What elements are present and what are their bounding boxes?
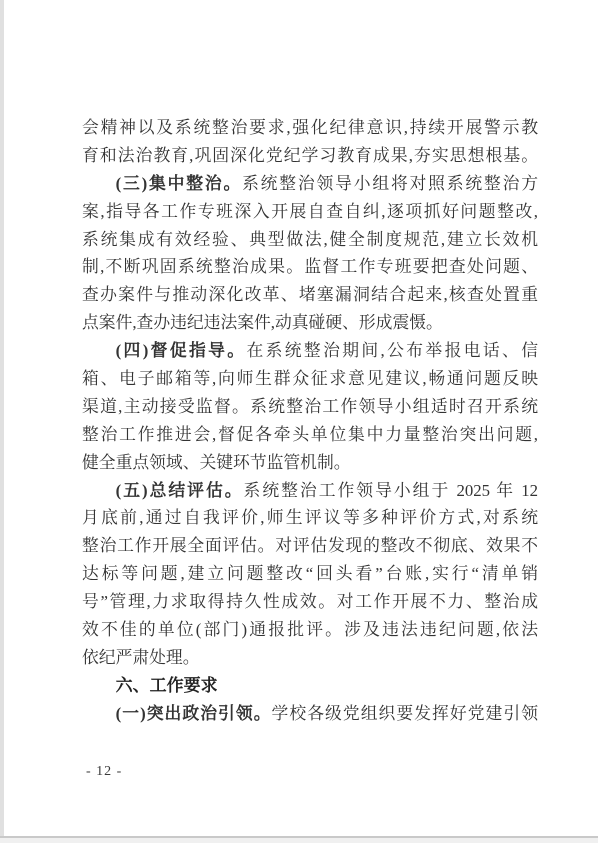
paragraph-text: 育和法治教育,巩固深化党纪学习教育成果,夯实思想根基。 <box>82 146 538 165</box>
text-line: 系统集成有效经验、典型做法,健全制度规范,建立长效机 <box>82 226 538 254</box>
paragraph-text: 整治工作开展全面评估。对评估发现的整改不彻底、效果不 <box>82 536 538 555</box>
text-line: 号”管理,力求取得持久性成效。对工作开展不力、整治成 <box>82 588 538 616</box>
paragraph-text: 在系统整治期间,公布举报电话、信 <box>246 341 538 360</box>
text-line: 健全重点领域、关键环节监管机制。 <box>82 449 538 477</box>
paragraph-lead: (一)突出政治引领。 <box>116 704 272 723</box>
text-line: (一)突出政治引领。学校各级党组织要发挥好党建引领 <box>82 700 538 728</box>
paragraph-text: 系统整治工作领导小组于 2025 年 12 <box>244 481 538 500</box>
text-line: 案,指导各工作专班深入开展自查自纠,逐项抓好问题整改, <box>82 198 538 226</box>
paragraph-text: 依纪严肃处理。 <box>82 648 199 667</box>
text-line: (四)督促指导。在系统整治期间,公布举报电话、信 <box>82 337 538 365</box>
text-line: 整治工作开展全面评估。对评估发现的整改不彻底、效果不 <box>82 532 538 560</box>
paragraph-text: 点案件,查办违纪违法案件,动真碰硬、形成震慑。 <box>82 313 443 332</box>
paragraph-text: 查办案件与推动深化改革、堵塞漏洞结合起来,核查处置重 <box>82 285 538 304</box>
text-line: 查办案件与推动深化改革、堵塞漏洞结合起来,核查处置重 <box>82 281 538 309</box>
text-line: 达标等问题,建立问题整改“回头看”台账,实行“清单销 <box>82 560 538 588</box>
text-line: (三)集中整治。系统整治领导小组将对照系统整治方 <box>82 170 538 198</box>
paragraph-text: 会精神以及系统整治要求,强化纪律意识,持续开展警示教 <box>82 118 538 137</box>
text-line: 点案件,查办违纪违法案件,动真碰硬、形成震慑。 <box>82 309 538 337</box>
paragraph-lead: (五)总结评估。 <box>116 481 244 500</box>
paragraph-text: 月底前,通过自我评价,师生评议等多种评价方式,对系统 <box>82 508 538 527</box>
section-heading: 六、工作要求 <box>82 672 538 700</box>
paragraph-text: 达标等问题,建立问题整改“回头看”台账,实行“清单销 <box>82 564 538 583</box>
text-line: 箱、电子邮箱等,向师生群众征求意见建议,畅通问题反映 <box>82 365 538 393</box>
page-number: - 12 - <box>86 763 122 781</box>
paragraph-text: 箱、电子邮箱等,向师生群众征求意见建议,畅通问题反映 <box>82 369 538 388</box>
paragraph-text: 健全重点领域、关键环节监管机制。 <box>82 453 351 472</box>
paragraph-text: 渠道,主动接受监督。系统整治工作领导小组适时召开系统 <box>82 397 538 416</box>
paragraph-text: 效不佳的单位(部门)通报批评。涉及违法违纪问题,依法 <box>82 620 538 639</box>
text-line: (五)总结评估。系统整治工作领导小组于 2025 年 12 <box>82 477 538 505</box>
text-line: 整治工作推进会,督促各牵头单位集中力量整治突出问题, <box>82 421 538 449</box>
paragraph-lead: (三)集中整治。 <box>116 174 242 193</box>
paragraph-text: 学校各级党组织要发挥好党建引领 <box>272 704 538 723</box>
paragraph-text: 整治工作推进会,督促各牵头单位集中力量整治突出问题, <box>82 425 538 444</box>
text-line: 制,不断巩固系统整治成果。监督工作专班要把查处问题、 <box>82 253 538 281</box>
text-line: 会精神以及系统整治要求,强化纪律意识,持续开展警示教 <box>82 114 538 142</box>
text-line: 渠道,主动接受监督。系统整治工作领导小组适时召开系统 <box>82 393 538 421</box>
scan-edge-left <box>0 0 4 843</box>
paragraph-lead: (四)督促指导。 <box>116 341 247 360</box>
paragraph-text: 号”管理,力求取得持久性成效。对工作开展不力、整治成 <box>82 592 538 611</box>
document-page: 会精神以及系统整治要求,强化纪律意识,持续开展警示教育和法治教育,巩固深化党纪学… <box>0 0 598 843</box>
document-text: 会精神以及系统整治要求,强化纪律意识,持续开展警示教育和法治教育,巩固深化党纪学… <box>82 114 538 728</box>
text-line: 育和法治教育,巩固深化党纪学习教育成果,夯实思想根基。 <box>82 142 538 170</box>
paragraph-text: 案,指导各工作专班深入开展自查自纠,逐项抓好问题整改, <box>82 202 538 221</box>
text-line: 依纪严肃处理。 <box>82 644 538 672</box>
paragraph-text: 系统整治领导小组将对照系统整治方 <box>242 174 538 193</box>
paragraph-text: 系统集成有效经验、典型做法,健全制度规范,建立长效机 <box>82 230 538 249</box>
text-line: 月底前,通过自我评价,师生评议等多种评价方式,对系统 <box>82 504 538 532</box>
paragraph-lead: 六、工作要求 <box>116 676 218 695</box>
text-line: 效不佳的单位(部门)通报批评。涉及违法违纪问题,依法 <box>82 616 538 644</box>
paragraph-text: 制,不断巩固系统整治成果。监督工作专班要把查处问题、 <box>82 257 538 276</box>
scan-edge-bottom <box>0 836 598 843</box>
